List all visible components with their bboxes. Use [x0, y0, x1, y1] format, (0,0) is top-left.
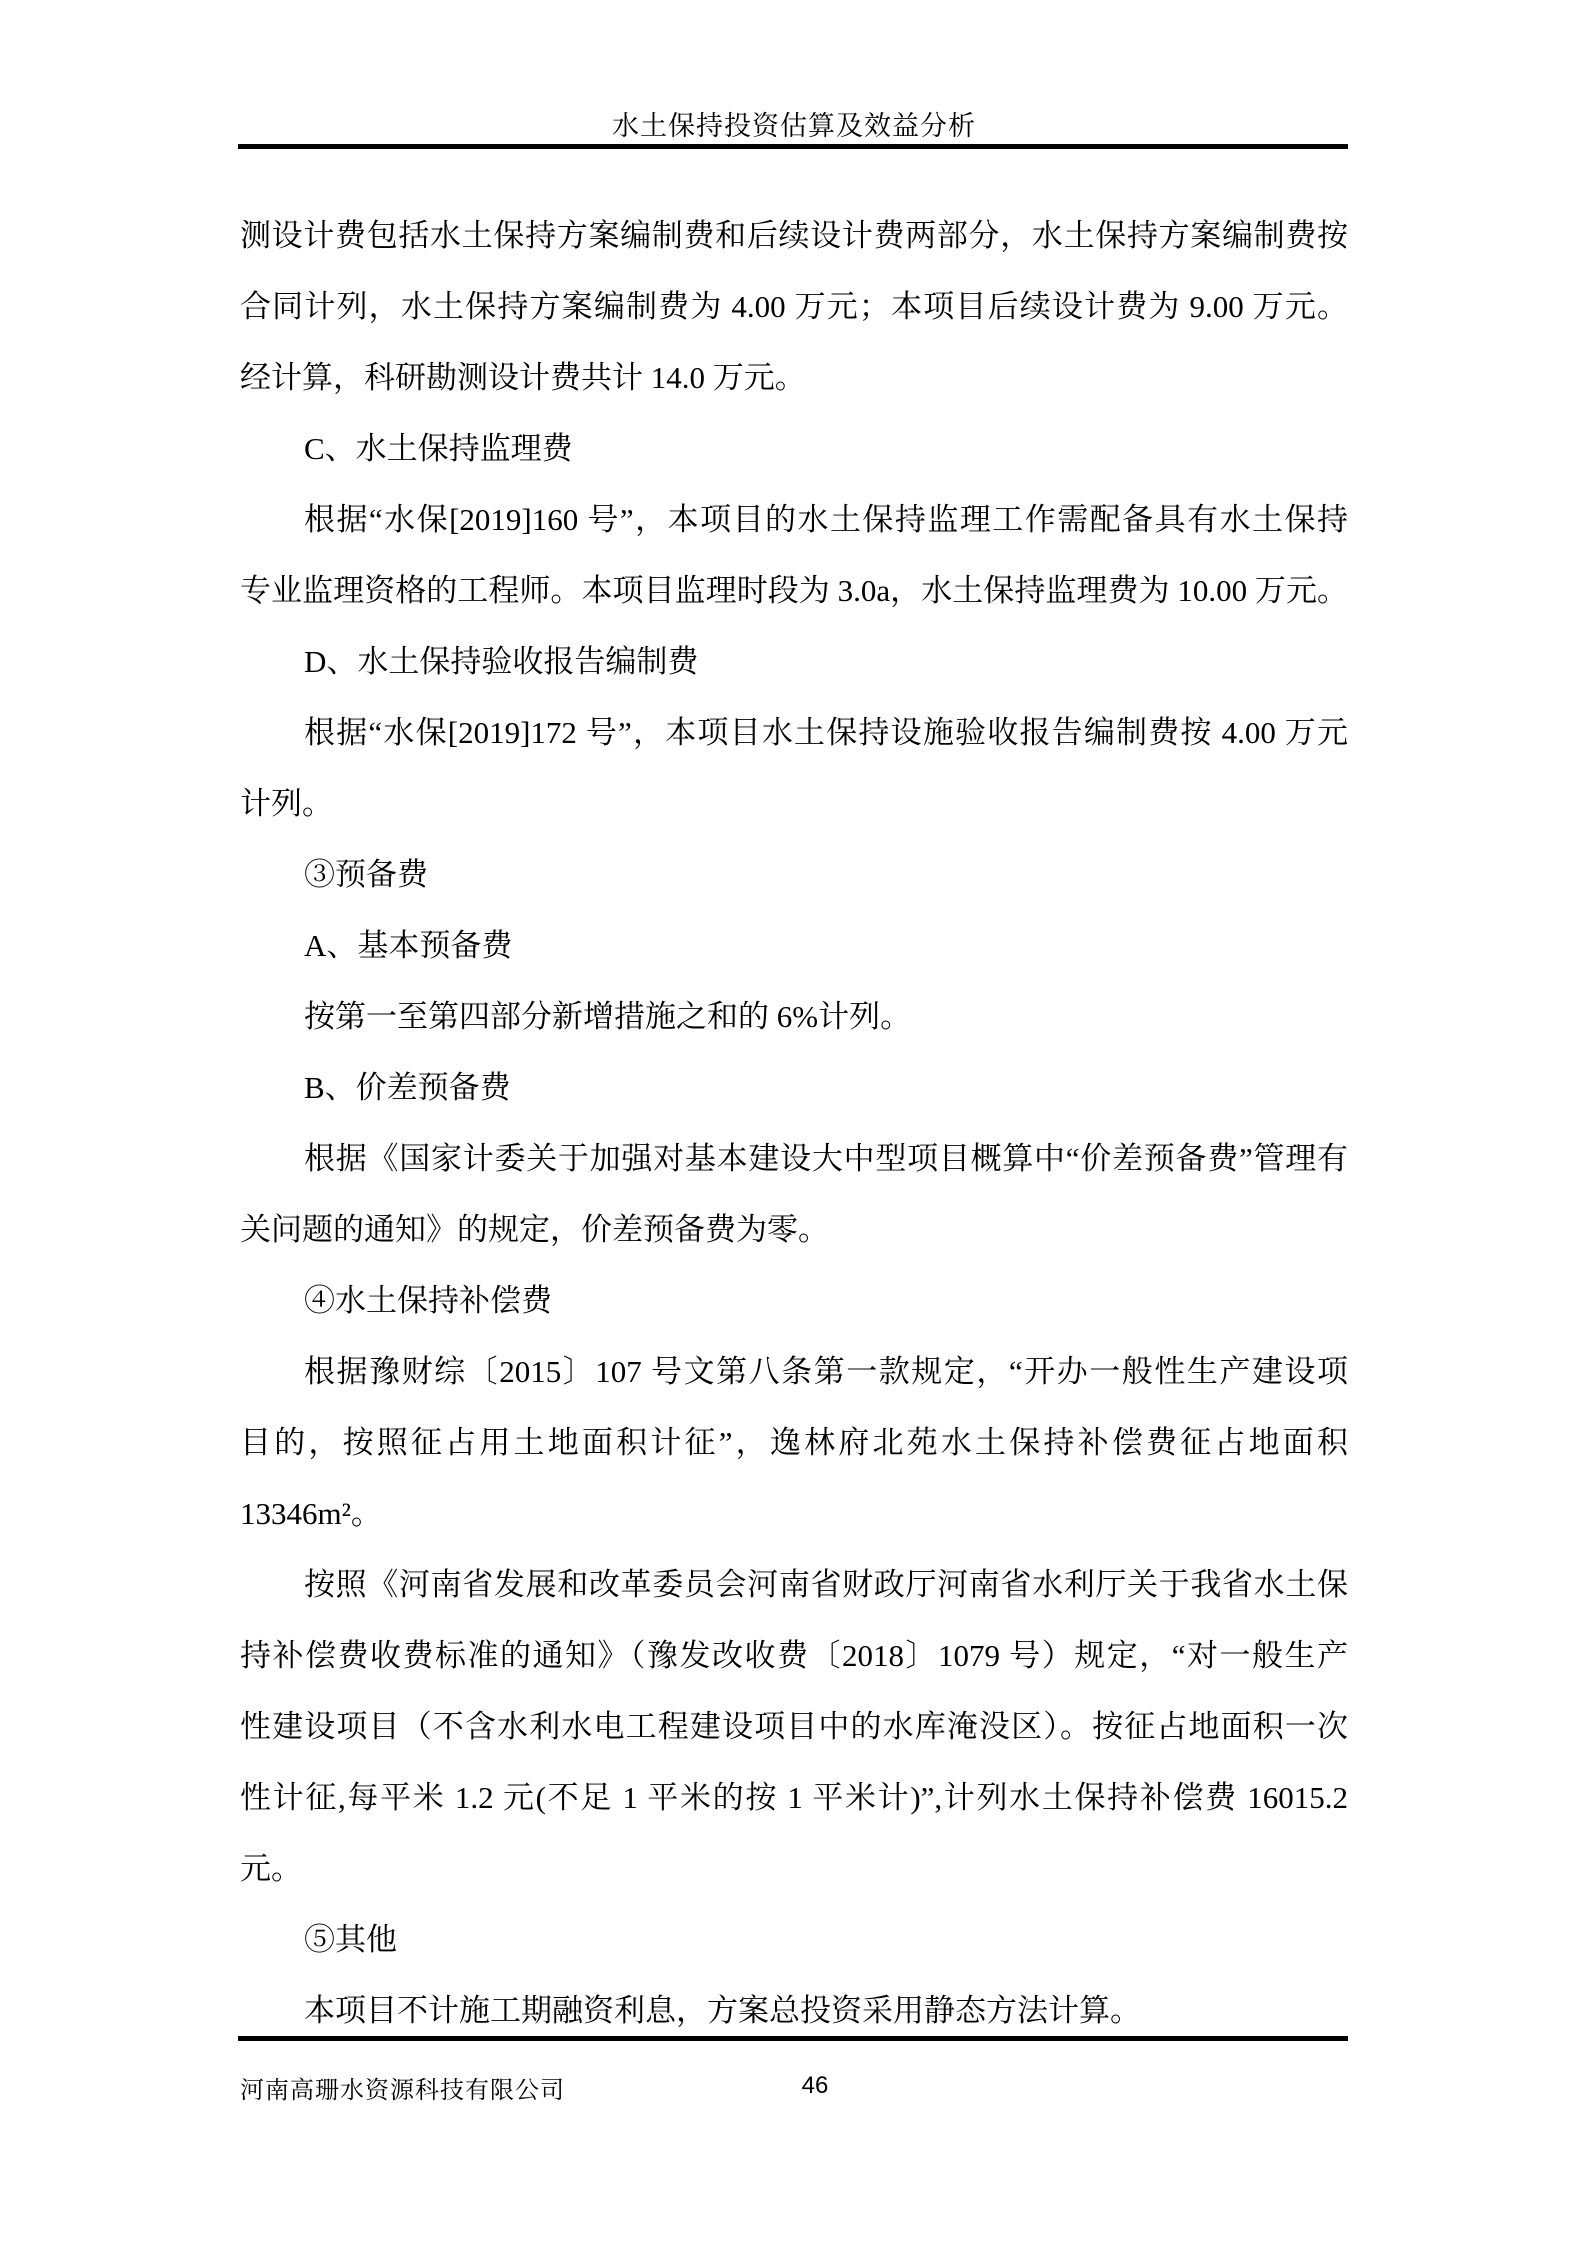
- body-line: ③预备费: [240, 839, 1348, 910]
- document-page: 水土保持投资估算及效益分析 测设计费包括水土保持方案编制费和后续设计费两部分，水…: [0, 0, 1587, 2245]
- body-line: 关问题的通知》的规定，价差预备费为零。: [240, 1194, 1348, 1265]
- body-line: 按照《河南省发展和改革委员会河南省财政厅河南省水利厅关于我省水土保: [240, 1549, 1348, 1620]
- body-line: 经计算，科研勘测设计费共计 14.0 万元。: [240, 342, 1348, 413]
- body-line: 目的，按照征占用土地面积计征”，逸林府北苑水土保持补偿费征占地面积: [240, 1407, 1348, 1478]
- body-line: 13346m²。: [240, 1478, 1348, 1549]
- body-line: 计列。: [240, 768, 1348, 839]
- body-line: B、价差预备费: [240, 1052, 1348, 1123]
- body-line: 合同计列，水土保持方案编制费为 4.00 万元；本项目后续设计费为 9.00 万…: [240, 271, 1348, 342]
- body-line: 根据“水保[2019]172 号”，本项目水土保持设施验收报告编制费按 4.00…: [240, 697, 1348, 768]
- body-line: 性计征,每平米 1.2 元(不足 1 平米的按 1 平米计)”,计列水土保持补偿…: [240, 1762, 1348, 1833]
- body-line: 根据“水保[2019]160 号”，本项目的水土保持监理工作需配备具有水土保持: [240, 484, 1348, 555]
- body-line: D、水土保持验收报告编制费: [240, 626, 1348, 697]
- body-line: ④水土保持补偿费: [240, 1265, 1348, 1336]
- body-line: ⑤其他: [240, 1904, 1348, 1975]
- body-line: 按第一至第四部分新增措施之和的 6%计列。: [240, 981, 1348, 1052]
- body-line: 测设计费包括水土保持方案编制费和后续设计费两部分，水土保持方案编制费按: [240, 200, 1348, 271]
- body-line: A、基本预备费: [240, 910, 1348, 981]
- body-line: 根据《国家计委关于加强对基本建设大中型项目概算中“价差预备费”管理有: [240, 1123, 1348, 1194]
- body-line: 性建设项目（不含水利水电工程建设项目中的水库淹没区）。按征占地面积一次: [240, 1691, 1348, 1762]
- body-line: 持补偿费收费标准的通知》（豫发改收费〔2018〕1079 号）规定，“对一般生产: [240, 1620, 1348, 1691]
- body-line: C、水土保持监理费: [240, 413, 1348, 484]
- body-line: 根据豫财综〔2015〕107 号文第八条第一款规定，“开办一般性生产建设项: [240, 1336, 1348, 1407]
- footer-rule: [238, 2036, 1348, 2041]
- document-body: 测设计费包括水土保持方案编制费和后续设计费两部分，水土保持方案编制费按合同计列，…: [240, 200, 1348, 2046]
- footer-page-number: 46: [240, 2072, 1390, 2100]
- body-line: 专业监理资格的工程师。本项目监理时段为 3.0a，水土保持监理费为 10.00 …: [240, 555, 1348, 626]
- header-rule: [238, 144, 1348, 149]
- body-line: 元。: [240, 1833, 1348, 1904]
- page-header-title: 水土保持投资估算及效益分析: [240, 104, 1348, 143]
